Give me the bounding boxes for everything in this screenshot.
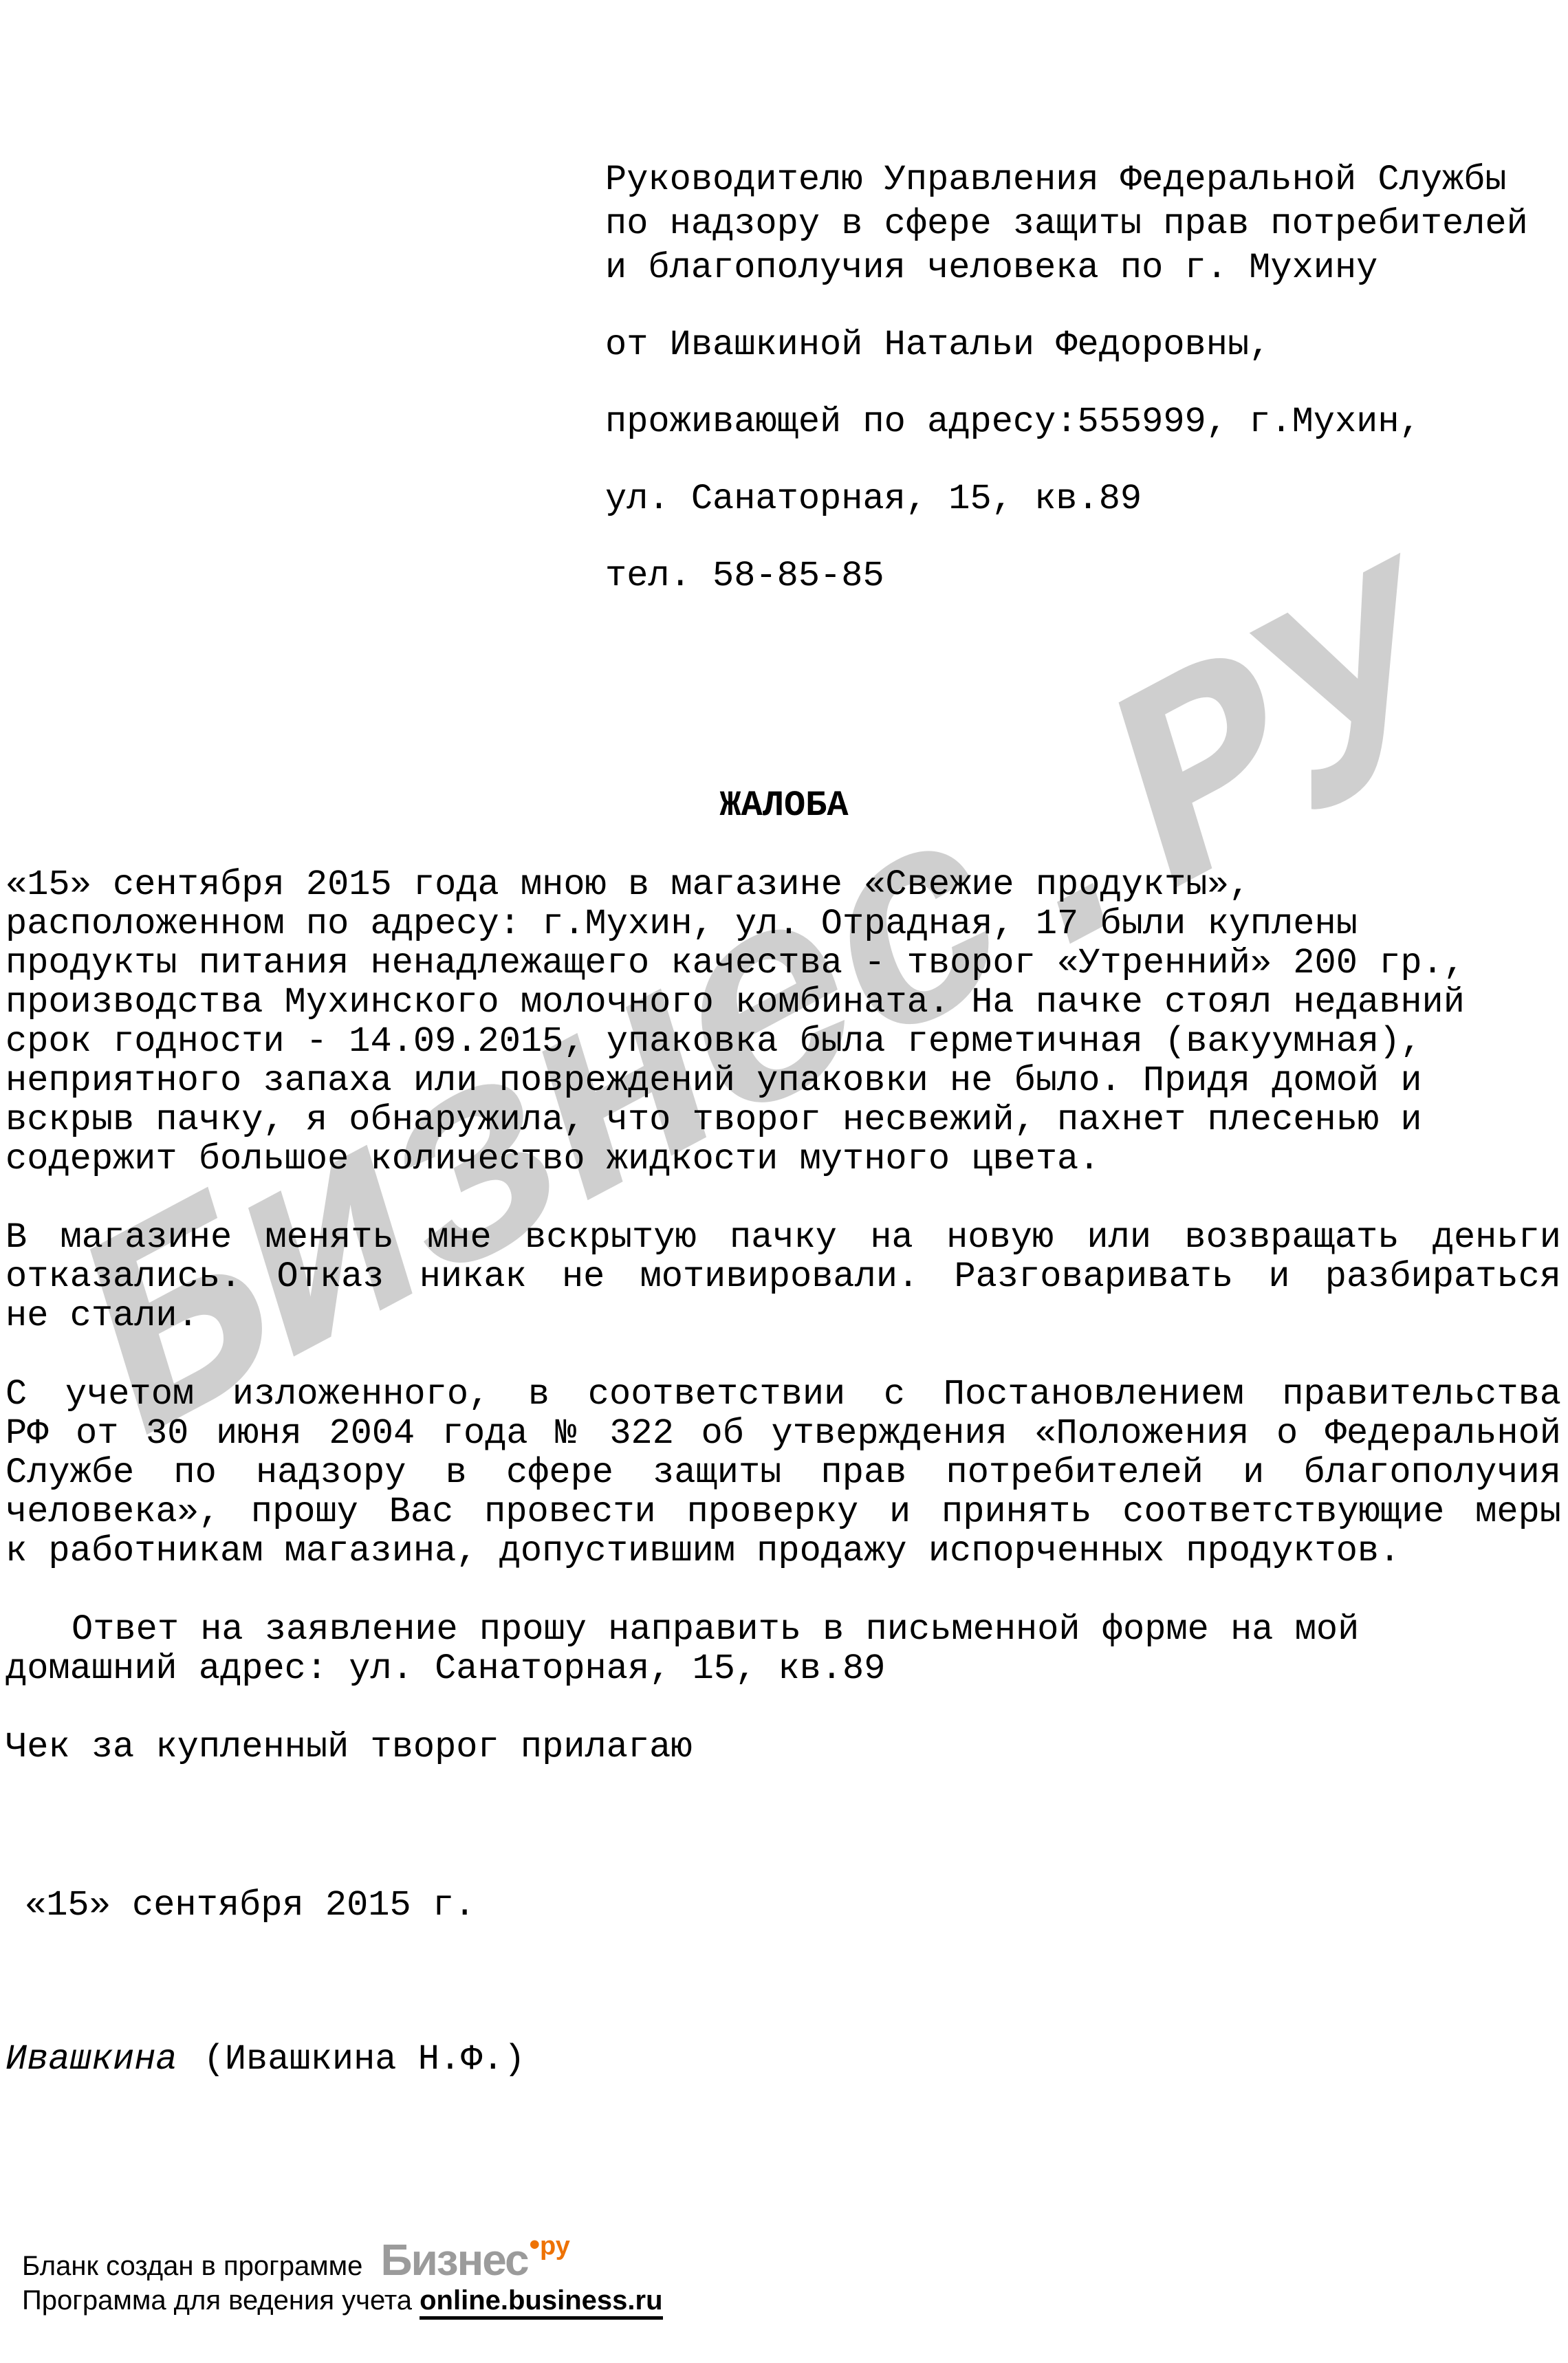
body-line: не стали. [6,1296,1561,1336]
signature-transcript: (Ивашкина Н.Ф.) [204,2039,525,2080]
logo-text: Бизнес [380,2235,527,2285]
complaint-document-page: { "document": { "watermark": "Бизнес.РУ"… [0,0,1568,2363]
logo-sup-text: ру [540,2232,570,2261]
business-ru-logo: Бизнес•ру [380,2238,568,2282]
complaint-paragraph-4: Ответ на заявление прошу направить в пис… [6,1610,1561,1688]
addressee-line: Руководителю Управления Федеральной Служ… [605,158,1528,202]
logo-superscript: •ру [530,2232,570,2261]
body-line: «15» сентября 2015 года мною в магазине … [6,865,1561,904]
body-line: домашний адрес: ул. Санаторная, 15, кв.8… [6,1649,1561,1688]
body-line: отказались. Отказ никак не мотивировали.… [6,1257,1561,1296]
signature-line: Ивашкина(Ивашкина Н.Ф.) [6,2040,525,2079]
body-line: С учетом изложенного, в соответствии с П… [6,1375,1561,1414]
complaint-paragraph-1: «15» сентября 2015 года мною в магазине … [6,865,1561,1179]
footer-created-text: Бланк создан в программе [22,2250,362,2283]
body-line: продукты питания ненадлежащего качества … [6,944,1561,983]
addressee-line-street: ул. Санаторная, 15, кв.89 [605,477,1528,521]
body-line: В магазине менять мне вскрытую пачку на … [6,1218,1561,1257]
body-line: расположенном по адресу: г.Мухин, ул. От… [6,904,1561,944]
body-line: Службе по надзору в сфере защиты прав по… [6,1453,1561,1492]
addressee-line-address: проживающей по адресу:555999, г.Мухин, [605,400,1528,444]
footer-link[interactable]: online.business.ru [420,2285,662,2320]
addressee-line-from: от Ивашкиной Натальи Федоровны, [605,323,1528,367]
body-line: РФ от 30 июня 2004 года № 322 об утвержд… [6,1414,1561,1453]
body-line: Чек за купленный творог прилагаю [6,1728,1561,1767]
addressee-block: Руководителю Управления Федеральной Служ… [605,158,1528,598]
footer-program-line: Программа для ведения учета online.busin… [22,2284,663,2317]
complaint-body: «15» сентября 2015 года мною в магазине … [6,865,1561,1767]
addressee-line: и благополучия человека по г. Мухину [605,246,1528,290]
addressee-line-phone: тел. 58-85-85 [605,554,1528,598]
complaint-paragraph-5: Чек за купленный творог прилагаю [6,1728,1561,1767]
body-line: Ответ на заявление прошу направить в пис… [6,1610,1561,1649]
footer-created-line: Бланк создан в программе Бизнес•ру [22,2238,663,2283]
body-line: человека», прошу Вас провести проверку и… [6,1492,1561,1532]
footer-program-text: Программа для ведения учета [22,2285,412,2316]
signature-handwritten-name: Ивашкина [6,2039,177,2080]
body-line: содержит большое количество жидкости мут… [6,1140,1561,1179]
body-line: к работникам магазина, допустившим прода… [6,1532,1561,1571]
logo-dot-icon: • [530,2228,540,2261]
body-line: вскрыв пачку, я обнаружила, что творог н… [6,1100,1561,1140]
complaint-paragraph-2: В магазине менять мне вскрытую пачку на … [6,1218,1561,1336]
date-line: «15» сентября 2015 г. [6,1886,475,1925]
body-line: производства Мухинского молочного комбин… [6,983,1561,1022]
body-line: срок годности - 14.09.2015, упаковка был… [6,1022,1561,1061]
body-line: неприятного запаха или повреждений упако… [6,1061,1561,1100]
footer: Бланк создан в программе Бизнес•ру Прогр… [22,2238,663,2317]
complaint-paragraph-3: С учетом изложенного, в соответствии с П… [6,1375,1561,1571]
addressee-line: по надзору в сфере защиты прав потребите… [605,202,1528,246]
complaint-title: ЖАЛОБА [0,785,1568,827]
